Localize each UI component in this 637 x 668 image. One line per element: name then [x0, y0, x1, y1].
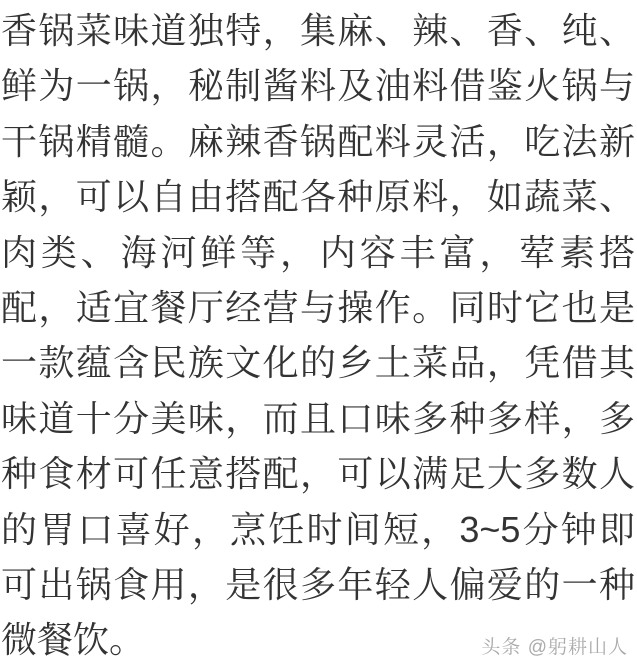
article-body: 香锅菜味道独特，集麻、辣、香、纯、 鲜为一锅，秘制酱料及油料借鉴火锅与 干锅精髓…	[1, 3, 635, 668]
text-line: 配，适宜餐厅经营与操作。同时它也是	[1, 280, 635, 335]
text-line: 的胃口喜好，烹饪时间短，3~5分钟即	[1, 502, 635, 557]
text-line: 味道十分美味，而且口味多种多样，多	[1, 391, 635, 446]
text-line: 鲜为一锅，秘制酱料及油料借鉴火锅与	[1, 58, 635, 113]
text-line: 可出锅食用，是很多年轻人偏爱的一种	[1, 557, 635, 612]
text-line: 种食材可任意搭配，可以满足大多数人	[1, 446, 635, 501]
text-line: 干锅精髓。麻辣香锅配料灵活，吃法新	[1, 114, 635, 169]
text-line: 肉类、海河鲜等，内容丰富，荤素搭	[1, 225, 635, 280]
text-line: 颖，可以自由搭配各种原料，如蔬菜、	[1, 169, 635, 224]
text-line: 一款蕴含民族文化的乡土菜品，凭借其	[1, 335, 635, 390]
text-line: 香锅菜味道独特，集麻、辣、香、纯、	[1, 3, 635, 58]
toutiao-watermark: 头条 @躬耕山人	[481, 632, 628, 659]
